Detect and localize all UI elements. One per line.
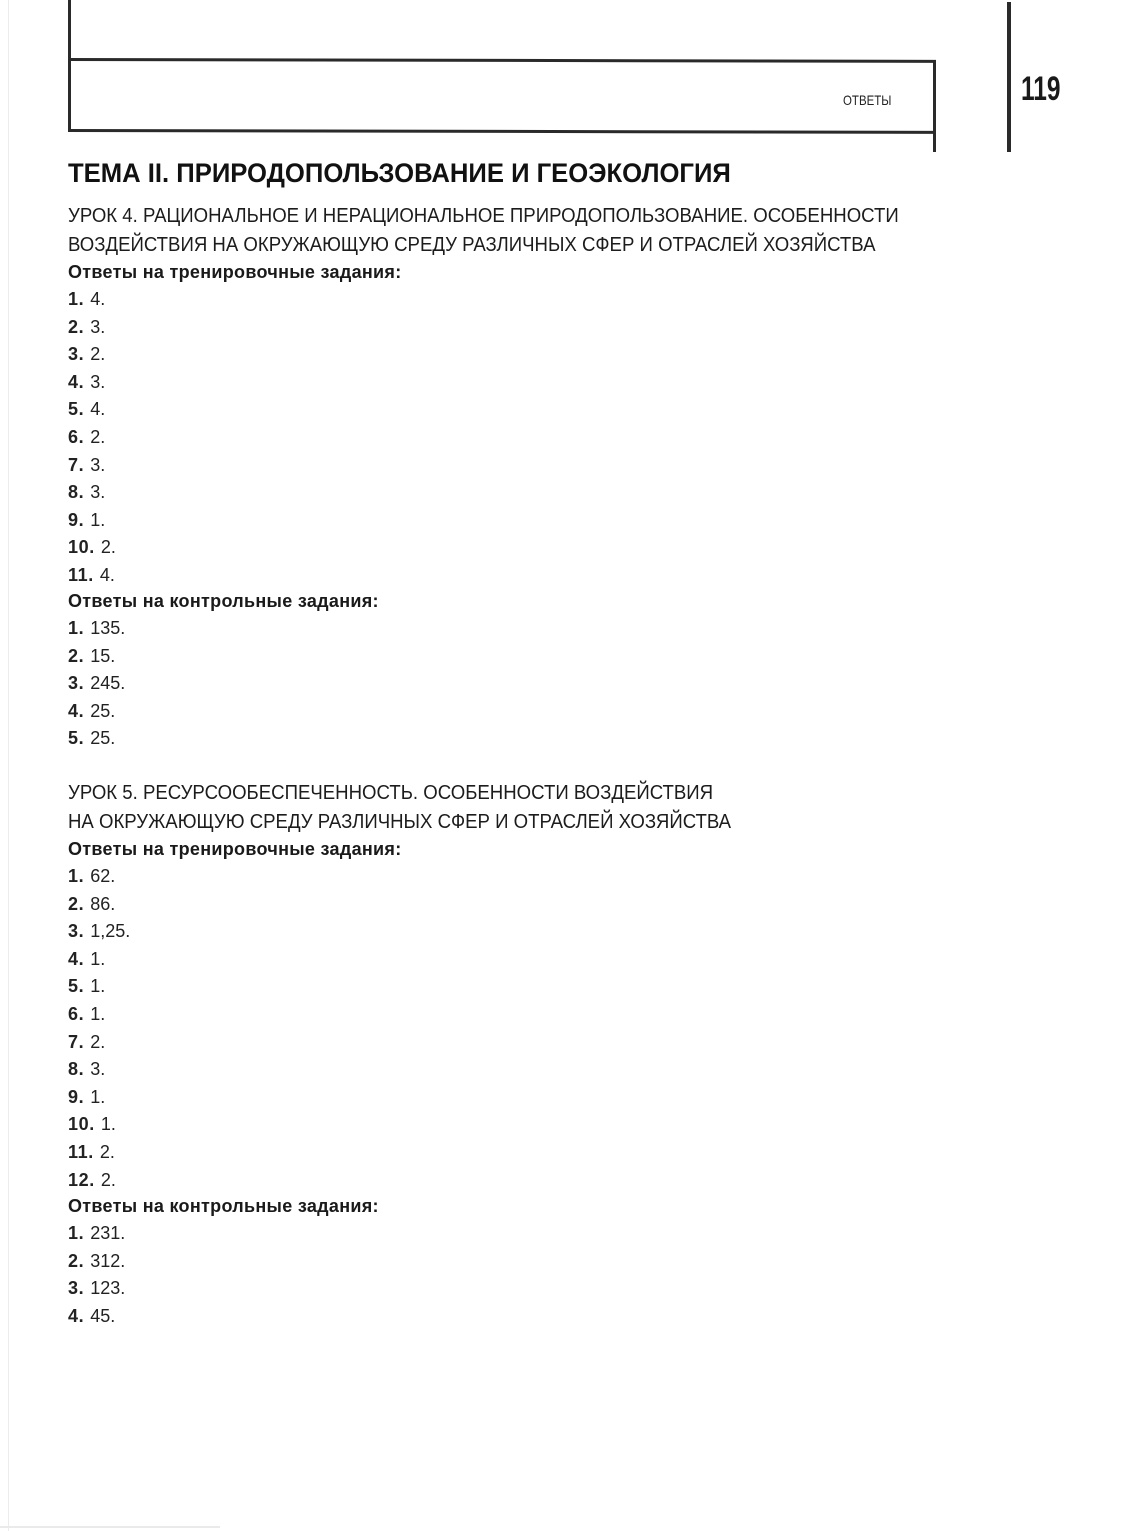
answer-value: 245. [90, 673, 125, 693]
answer-number: 10. [68, 537, 95, 557]
answer-item: 2.86. [68, 891, 402, 919]
answer-item: 1.62. [68, 863, 402, 891]
answer-item: 2.312. [68, 1248, 379, 1276]
answer-value: 62. [90, 866, 115, 886]
answer-value: 86. [90, 894, 115, 914]
header-frame-top-rule [68, 58, 936, 63]
answer-value: 135. [90, 618, 125, 638]
answer-item: 7.2. [68, 1029, 402, 1057]
running-head: ОТВЕТЫ [843, 92, 891, 108]
lesson-title-line: НА ОКРУЖАЮЩУЮ СРЕДУ РАЗЛИЧНЫХ СФЕР И ОТР… [68, 808, 731, 837]
answer-number: 1. [68, 618, 84, 638]
answer-value: 1. [90, 1004, 105, 1024]
answer-item: 11.2. [68, 1139, 402, 1167]
lesson-title-line: УРОК 4. РАЦИОНАЛЬНОЕ И НЕРАЦИОНАЛЬНОЕ ПР… [68, 202, 899, 231]
answer-item: 4.45. [68, 1303, 379, 1331]
answer-item: 5.1. [68, 973, 402, 1001]
answer-item: 9.1. [68, 1084, 402, 1112]
answer-value: 1,25. [90, 921, 130, 941]
answer-item: 6.2. [68, 424, 402, 452]
answer-item: 4.1. [68, 946, 402, 974]
answer-item: 10.2. [68, 534, 402, 562]
answer-item: 9.1. [68, 507, 402, 535]
answer-value: 25. [90, 701, 115, 721]
answer-number: 2. [68, 646, 84, 666]
answer-number: 2. [68, 317, 84, 337]
section-heading: Ответы на контрольные задания: [68, 588, 379, 615]
answer-value: 3. [90, 455, 105, 475]
answer-number: 3. [68, 921, 84, 941]
lesson-5-control-answers: Ответы на контрольные задания: 1.231.2.3… [68, 1193, 379, 1330]
page-edge [8, 0, 9, 1531]
answer-item: 7.3. [68, 452, 402, 480]
page-number: 119 [1021, 70, 1060, 109]
answer-value: 312. [90, 1251, 125, 1271]
answer-value: 2. [90, 1032, 105, 1052]
answer-item: 2.3. [68, 314, 402, 342]
answer-number: 12. [68, 1170, 95, 1190]
answer-item: 8.3. [68, 1056, 402, 1084]
answer-number: 8. [68, 1059, 84, 1079]
answer-number: 7. [68, 455, 84, 475]
answer-value: 3. [90, 482, 105, 502]
answer-number: 2. [68, 1251, 84, 1271]
answer-number: 5. [68, 399, 84, 419]
answer-number: 9. [68, 1087, 84, 1107]
answer-number: 2. [68, 894, 84, 914]
answer-value: 1. [90, 976, 105, 996]
answer-value: 3. [90, 1059, 105, 1079]
header-frame-left-rule [68, 0, 71, 130]
answer-number: 1. [68, 289, 84, 309]
answer-value: 1. [90, 1087, 105, 1107]
lesson-4-training-answers: Ответы на тренировочные задания: 1.4.2.3… [68, 259, 402, 590]
scan-edge [0, 1526, 220, 1528]
answer-value: 3. [90, 372, 105, 392]
answer-item: 3.2. [68, 341, 402, 369]
answer-number: 11. [68, 1142, 94, 1162]
answer-number: 8. [68, 482, 84, 502]
lesson-4-title: УРОК 4. РАЦИОНАЛЬНОЕ И НЕРАЦИОНАЛЬНОЕ ПР… [68, 202, 899, 260]
answer-value: 2. [101, 537, 116, 557]
answer-number: 6. [68, 427, 84, 447]
answer-list: 1.231.2.312.3.123.4.45. [68, 1220, 379, 1330]
lesson-5-training-answers: Ответы на тренировочные задания: 1.62.2.… [68, 836, 402, 1194]
answer-value: 2. [90, 344, 105, 364]
answer-item: 3.245. [68, 670, 379, 698]
answer-number: 3. [68, 673, 84, 693]
answer-value: 1. [101, 1114, 116, 1134]
answer-item: 2.15. [68, 643, 379, 671]
answer-item: 1.135. [68, 615, 379, 643]
answer-item: 3.123. [68, 1275, 379, 1303]
answer-number: 7. [68, 1032, 84, 1052]
lesson-5-title: УРОК 5. РЕСУРСООБЕСПЕЧЕННОСТЬ. ОСОБЕННОС… [68, 779, 731, 837]
answer-number: 5. [68, 976, 84, 996]
answer-number: 3. [68, 1278, 84, 1298]
answer-list: 1.4.2.3.3.2.4.3.5.4.6.2.7.3.8.3.9.1.10.2… [68, 286, 402, 590]
answer-item: 10.1. [68, 1111, 402, 1139]
section-heading: Ответы на тренировочные задания: [68, 259, 402, 286]
answer-value: 123. [90, 1278, 125, 1298]
answer-item: 5.4. [68, 396, 402, 424]
answer-value: 3. [90, 317, 105, 337]
answer-value: 1. [90, 949, 105, 969]
answer-value: 4. [90, 399, 105, 419]
answer-number: 6. [68, 1004, 84, 1024]
answer-list: 1.62.2.86.3.1,25.4.1.5.1.6.1.7.2.8.3.9.1… [68, 863, 402, 1194]
answer-item: 4.3. [68, 369, 402, 397]
answer-number: 4. [68, 372, 84, 392]
answer-item: 3.1,25. [68, 918, 402, 946]
lesson-title-line: ВОЗДЕЙСТВИЯ НА ОКРУЖАЮЩУЮ СРЕДУ РАЗЛИЧНЫ… [68, 231, 899, 260]
answer-number: 10. [68, 1114, 95, 1134]
lesson-title-line: УРОК 5. РЕСУРСООБЕСПЕЧЕННОСТЬ. ОСОБЕННОС… [68, 779, 731, 808]
answer-list: 1.135.2.15.3.245.4.25.5.25. [68, 615, 379, 753]
answer-number: 1. [68, 866, 84, 886]
answer-value: 25. [90, 728, 115, 748]
answer-value: 4. [100, 565, 115, 585]
answer-number: 1. [68, 1223, 84, 1243]
answer-value: 231. [90, 1223, 125, 1243]
page-number-rule [1007, 2, 1011, 152]
answer-number: 4. [68, 1306, 84, 1326]
answer-number: 3. [68, 344, 84, 364]
answer-value: 15. [90, 646, 115, 666]
answer-item: 8.3. [68, 479, 402, 507]
answer-number: 4. [68, 949, 84, 969]
header-frame-right-rule [933, 60, 936, 152]
answer-number: 5. [68, 728, 84, 748]
answer-item: 12.2. [68, 1167, 402, 1195]
answer-item: 1.231. [68, 1220, 379, 1248]
answer-item: 11.4. [68, 562, 402, 590]
lesson-4-control-answers: Ответы на контрольные задания: 1.135.2.1… [68, 588, 379, 753]
answer-value: 2. [100, 1142, 115, 1162]
answer-item: 6.1. [68, 1001, 402, 1029]
answer-value: 2. [101, 1170, 116, 1190]
header-frame-bottom-rule [68, 129, 936, 134]
answer-number: 11. [68, 565, 94, 585]
section-heading: Ответы на контрольные задания: [68, 1193, 379, 1220]
answer-number: 4. [68, 701, 84, 721]
section-heading: Ответы на тренировочные задания: [68, 836, 402, 863]
answer-item: 1.4. [68, 286, 402, 314]
answer-item: 4.25. [68, 698, 379, 726]
answer-number: 9. [68, 510, 84, 530]
answer-value: 2. [90, 427, 105, 447]
answer-value: 4. [90, 289, 105, 309]
answer-item: 5.25. [68, 725, 379, 753]
theme-title: ТЕМА II. ПРИРОДОПОЛЬЗОВАНИЕ И ГЕОЭКОЛОГИ… [68, 158, 731, 189]
answer-value: 1. [90, 510, 105, 530]
answer-value: 45. [90, 1306, 115, 1326]
